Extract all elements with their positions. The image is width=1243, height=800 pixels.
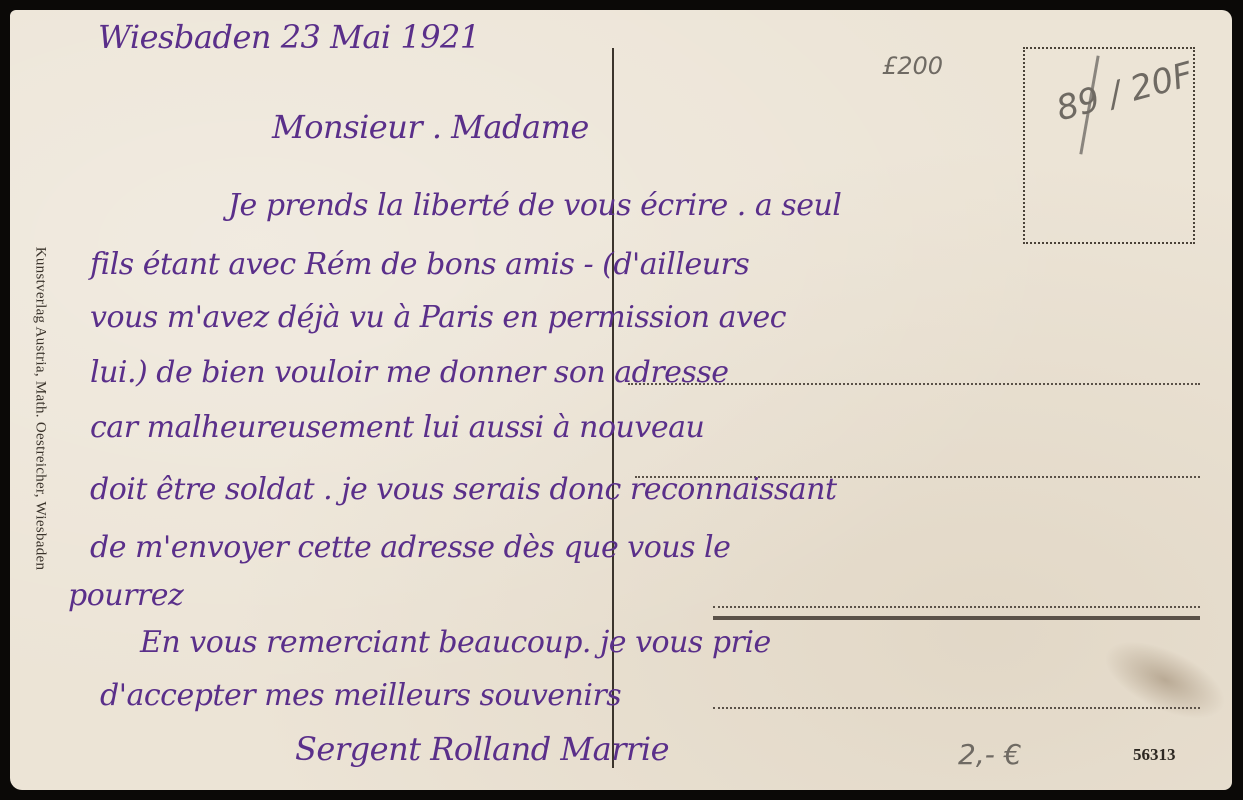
serial-number: 56313 — [1133, 745, 1176, 765]
message-line: de m'envoyer cette adresse dès que vous … — [90, 530, 730, 565]
pencil-price-top: £200 — [882, 52, 943, 80]
message-line: car malheureusement lui aussi à nouveau — [90, 410, 704, 445]
signature: Sergent Rolland Marrie — [295, 730, 669, 768]
pencil-price-bottom: 2,- € — [958, 738, 1022, 771]
message-line: Je prends la liberté de vous écrire . a … — [228, 188, 841, 223]
center-divider-line — [612, 48, 614, 768]
salutation: Monsieur . Madame — [272, 108, 589, 146]
message-line: d'accepter mes meilleurs souvenirs — [100, 678, 621, 713]
address-line-solid — [713, 616, 1200, 620]
postcard-back: 89 / 20F £200 Kunstverlag Austria, Math.… — [10, 10, 1232, 790]
publisher-imprint: Kunstverlag Austria, Math. Oestreicher, … — [32, 129, 49, 689]
message-line: fils étant avec Rém de bons amis - (d'ai… — [90, 247, 749, 282]
message-line: lui.) de bien vouloir me donner son adre… — [90, 355, 728, 390]
address-line-3 — [713, 606, 1200, 608]
address-line-4 — [713, 707, 1200, 709]
message-line: vous m'avez déjà vu à Paris en permissio… — [90, 300, 786, 335]
place-date: Wiesbaden 23 Mai 1921 — [98, 18, 480, 56]
message-line: pourrez — [68, 578, 183, 613]
message-line: doit être soldat . je vous serais donc r… — [90, 472, 837, 507]
water-stain — [1093, 625, 1236, 734]
message-line: En vous remerciant beaucoup. je vous pri… — [140, 625, 771, 660]
